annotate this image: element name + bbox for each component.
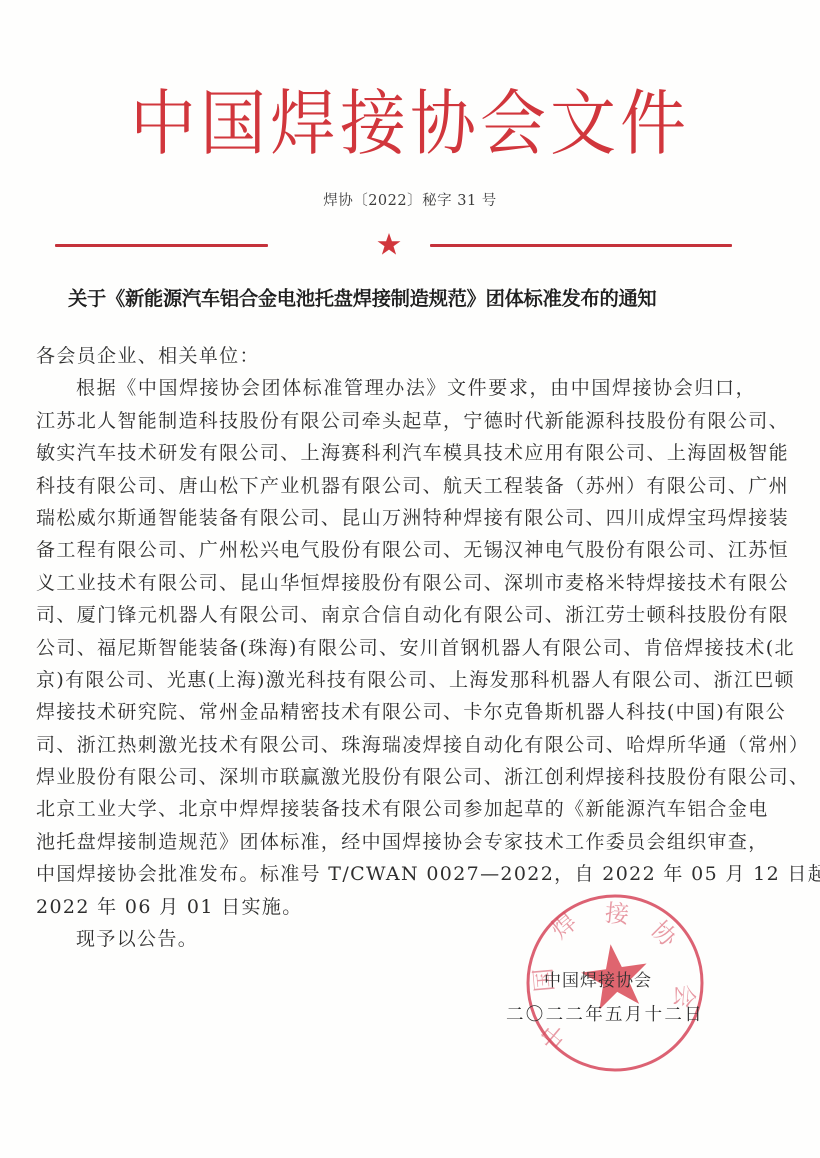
seal-ring-char: 接 bbox=[604, 899, 631, 929]
signature-organization: 中国焊接协会 bbox=[544, 966, 652, 991]
body-line: 司、厦门锋元机器人有限公司、南京合信自动化有限公司、浙江劳士顿科技股份有限 bbox=[36, 599, 756, 631]
body-line: 根据《中国焊接协会团体标准管理办法》文件要求，由中国焊接协会归口， bbox=[36, 372, 756, 404]
document-number: 焊协〔2022〕秘字 31 号 bbox=[0, 189, 820, 210]
body-line: 义工业技术有限公司、昆山华恒焊接股份有限公司、深圳市麦格米特焊接技术有限公 bbox=[36, 567, 756, 599]
notice-body: 各会员企业、相关单位： 根据《中国焊接协会团体标准管理办法》文件要求，由中国焊接… bbox=[36, 340, 766, 955]
body-line: 京)有限公司、光惠(上海)激光科技有限公司、上海发那科机器人有限公司、浙江巴顿 bbox=[36, 664, 756, 696]
body-line: 江苏北人智能制造科技股份有限公司牵头起草，宁德时代新能源科技股份有限公司、 bbox=[36, 405, 756, 437]
body-line: 瑞松威尔斯通智能装备有限公司、昆山万洲特种焊接有限公司、四川成焊宝玛焊接装 bbox=[36, 502, 756, 534]
body-line: 敏实汽车技术研发有限公司、上海赛科利汽车模具技术应用有限公司、上海固极智能 bbox=[36, 437, 756, 469]
body-line: 公司、福尼斯智能装备(珠海)有限公司、安川首钢机器人有限公司、肯倍焊接技术(北 bbox=[36, 632, 756, 664]
document-page: 中国焊接协会文件 焊协〔2022〕秘字 31 号 关于《新能源汽车铝合金电池托盘… bbox=[0, 0, 820, 1158]
body-line: 备工程有限公司、广州松兴电气股份有限公司、无锡汉神电气股份有限公司、江苏恒 bbox=[36, 534, 756, 566]
divider-line-left bbox=[55, 244, 268, 247]
body-line: 科技有限公司、唐山松下产业机器有限公司、航天工程装备（苏州）有限公司、广州 bbox=[36, 470, 756, 502]
seal-ring-char: 焊 bbox=[546, 908, 582, 945]
star-icon bbox=[377, 232, 401, 256]
body-line: 池托盘焊接制造规范》团体标准，经中国焊接协会专家技术工作委员会组织审查， bbox=[36, 826, 756, 858]
body-line: 焊接技术研究院、常州金品精密技术有限公司、卡尔克鲁斯机器人科技(中国)有限公 bbox=[36, 696, 756, 728]
signature-date: 二〇二二年五月十二日 bbox=[506, 1001, 704, 1026]
body-line: 焊业股份有限公司、深圳市联赢激光股份有限公司、浙江创利焊接科技股份有限公司、 bbox=[36, 761, 756, 793]
salutation: 各会员企业、相关单位： bbox=[36, 340, 766, 372]
body-line: 中国焊接协会批准发布。标准号 T/CWAN 0027—2022，自 2022 年… bbox=[36, 858, 756, 890]
notice-subject-title: 关于《新能源汽车铝合金电池托盘焊接制造规范》团体标准发布的通知 bbox=[68, 283, 768, 311]
divider-line-right bbox=[430, 244, 732, 247]
body-line: 司、浙江热刺激光技术有限公司、珠海瑞凌焊接自动化有限公司、哈焊所华通（常州） bbox=[36, 729, 756, 761]
issuer-header-title: 中国焊接协会文件 bbox=[0, 81, 820, 167]
body-line: 北京工业大学、北京中焊焊接装备技术有限公司参加起草的《新能源汽车铝合金电 bbox=[36, 793, 756, 825]
